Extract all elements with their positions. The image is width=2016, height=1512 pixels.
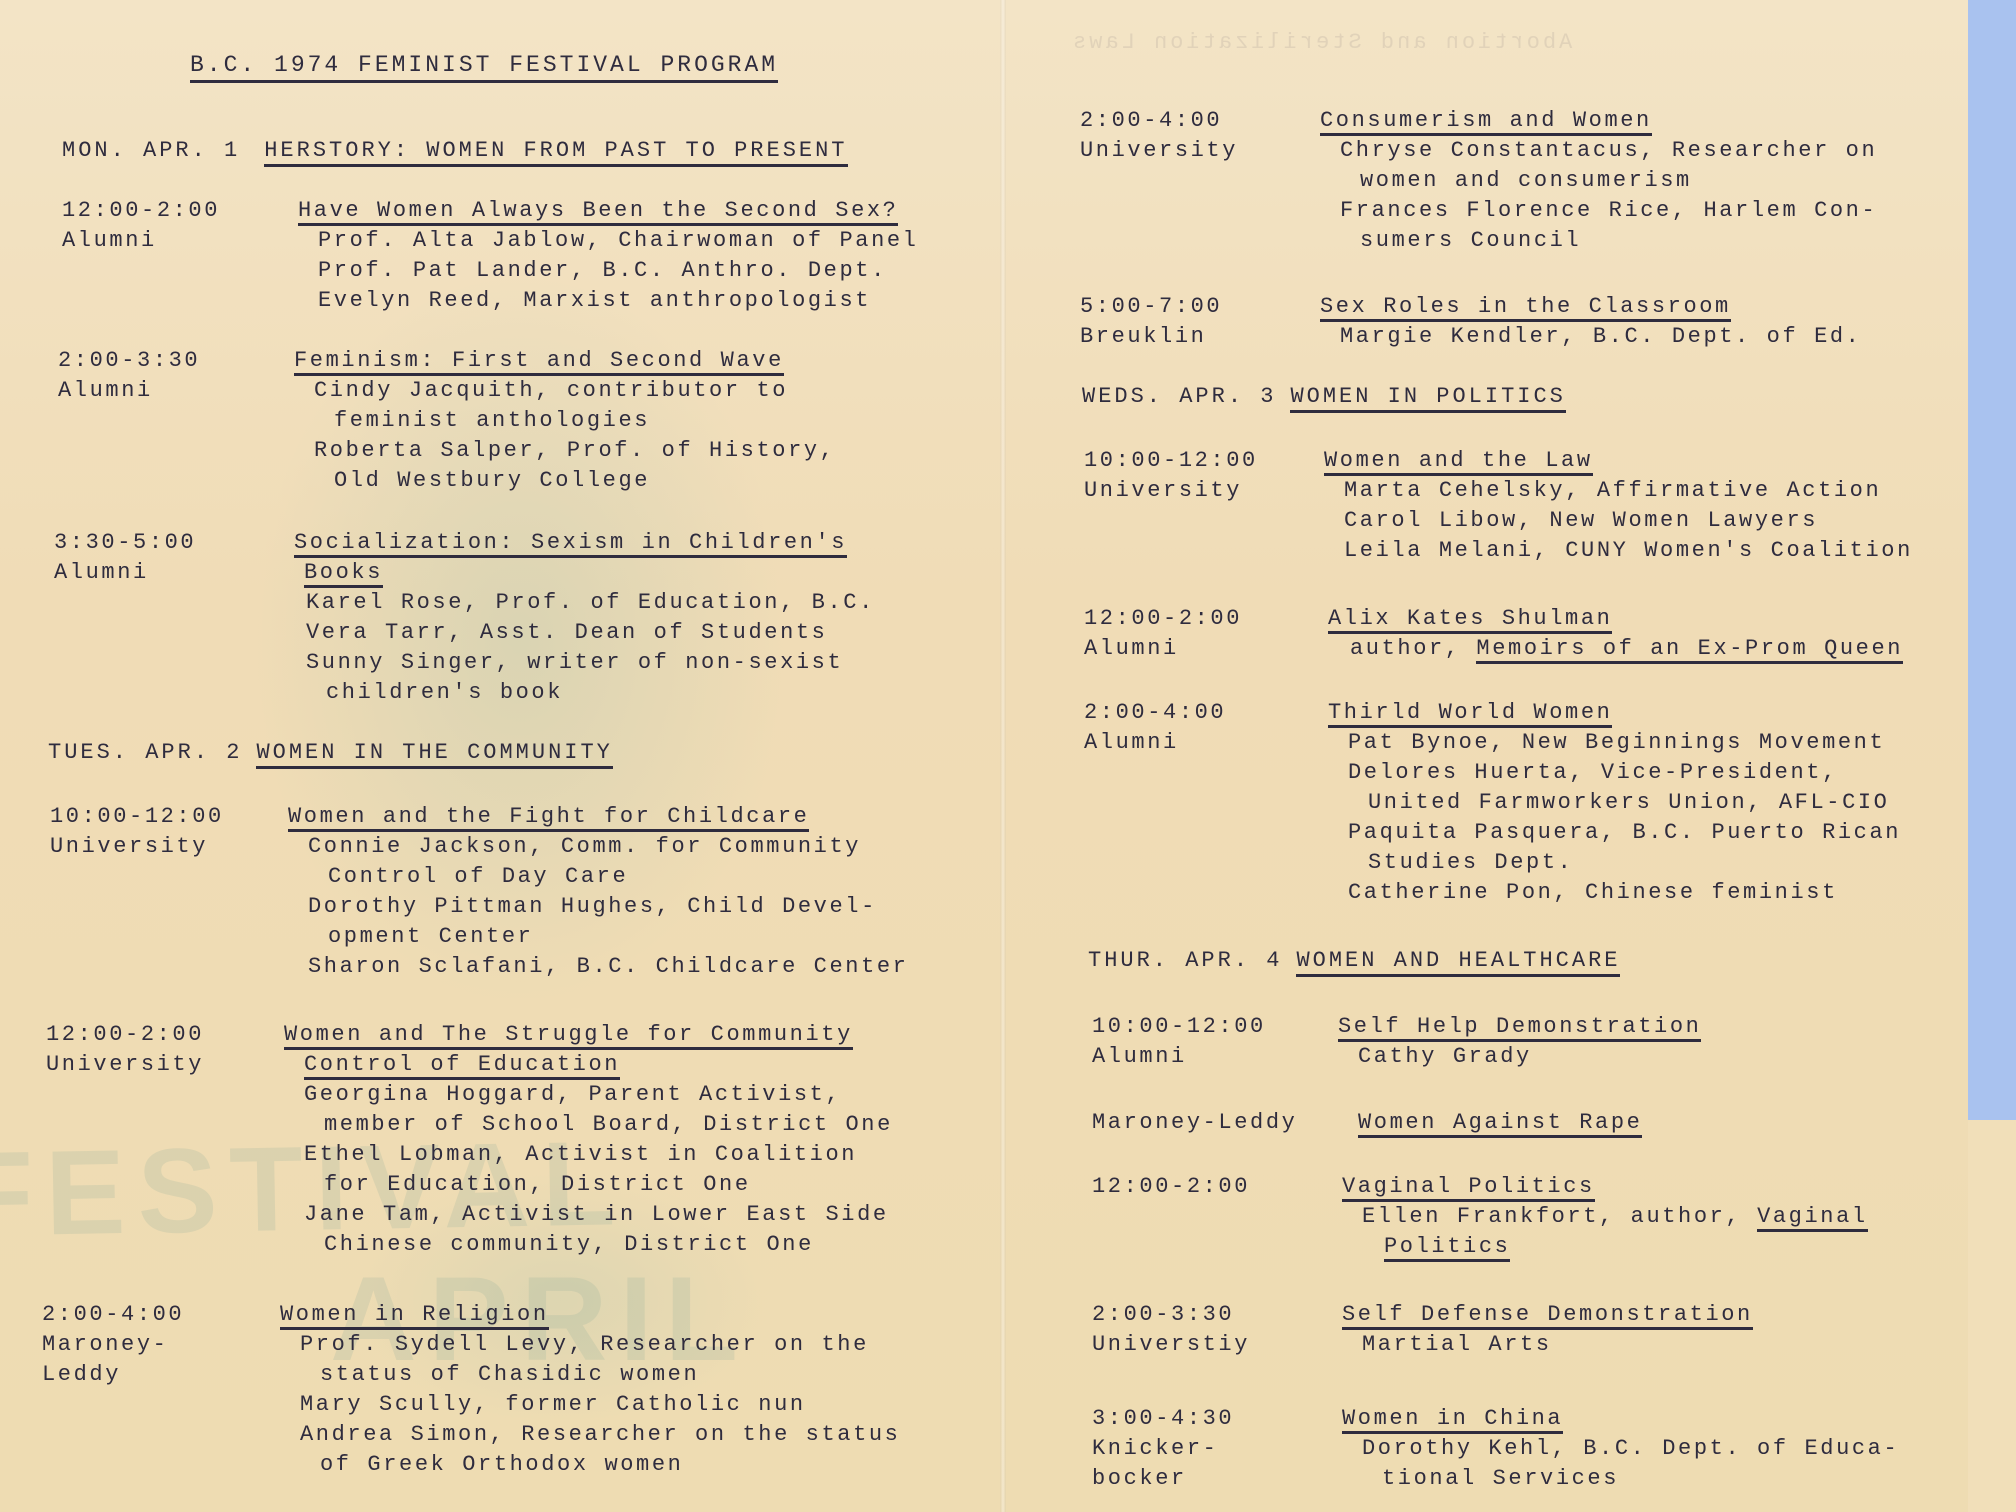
- session-time: 12:00-2:00: [46, 1020, 276, 1050]
- speaker-line-continued: Control of Day Care: [288, 862, 1048, 892]
- speaker-line: Pat Bynoe, New Beginnings Movement: [1328, 728, 2016, 758]
- session-topic: Women and the Fight for Childcare: [288, 804, 809, 832]
- speaker-line-continued: feminist anthologies: [294, 406, 1054, 436]
- session-time: 2:00-3:30: [58, 346, 288, 376]
- session-time: 12:00-2:00: [1092, 1172, 1322, 1202]
- day-header-tues: TUES. APR. 2WOMEN IN THE COMMUNITY: [48, 740, 613, 765]
- speaker-line-continued: opment Center: [288, 922, 1048, 952]
- session-time: 2:00-3:30: [1092, 1300, 1322, 1330]
- speaker-line: Marta Cehelsky, Affirmative Action: [1324, 476, 2016, 506]
- session-topic: Thirld World Women: [1328, 700, 1612, 728]
- book-title: Vaginal: [1757, 1204, 1868, 1232]
- speaker-line: Mary Scully, former Catholic nun: [280, 1390, 1040, 1420]
- session-location-continued: bocker: [1092, 1464, 1322, 1494]
- day-label: MON. APR. 1: [62, 138, 240, 163]
- speaker-role: Ellen Frankfort, author,: [1362, 1204, 1757, 1229]
- session-time: 10:00-12:00: [1092, 1012, 1322, 1042]
- speaker-line: Frances Florence Rice, Harlem Con-: [1320, 196, 2016, 226]
- speaker-line: Ethel Lobman, Activist in Coalition: [284, 1140, 1044, 1170]
- speaker-line: Cindy Jacquith, contributor to: [294, 376, 1054, 406]
- session-location: Alumni: [1084, 634, 1314, 664]
- session-topic: Have Women Always Been the Second Sex?: [298, 198, 898, 226]
- session-location: Universtiy: [1092, 1330, 1322, 1360]
- show-through-text: Abortion and Sterilization Laws: [1070, 30, 1572, 55]
- speaker-line: Leila Melani, CUNY Women's Coalition: [1324, 536, 2016, 566]
- session-topic: Socialization: Sexism in Children's: [294, 530, 847, 558]
- speaker-line-continued: Chinese community, District One: [284, 1230, 1044, 1260]
- page-title: B.C. 1974 FEMINIST FESTIVAL PROGRAM: [190, 52, 778, 83]
- session-location: Alumni: [62, 226, 292, 256]
- speaker-line: Dorothy Pittman Hughes, Child Devel-: [288, 892, 1048, 922]
- speaker-line: author, Memoirs of an Ex-Prom Queen: [1328, 634, 2016, 664]
- speaker-line: Dorothy Kehl, B.C. Dept. of Educa-: [1342, 1434, 2016, 1464]
- speaker-line: Prof. Alta Jablow, Chairwoman of Panel: [298, 226, 1058, 256]
- day-label: WEDS. APR. 3: [1082, 384, 1276, 409]
- session-time: 10:00-12:00: [50, 802, 280, 832]
- book-title-continued: Politics: [1384, 1234, 1510, 1262]
- speaker-line-continued: for Education, District One: [284, 1170, 1044, 1200]
- speaker-line: Paquita Pasquera, B.C. Puerto Rican: [1328, 818, 2016, 848]
- session-topic-continued: Control of Education: [304, 1052, 620, 1080]
- session-topic: Consumerism and Women: [1320, 108, 1652, 136]
- day-header-weds: WEDS. APR. 3WOMEN IN POLITICS: [1082, 384, 1566, 409]
- day-header-mon: MON. APR. 1HERSTORY: WOMEN FROM PAST TO …: [62, 138, 848, 163]
- session-time: 5:00-7:00: [1080, 292, 1310, 322]
- session-topic: Feminism: First and Second Wave: [294, 348, 784, 376]
- day-theme: WOMEN IN THE COMMUNITY: [256, 740, 612, 769]
- session-topic: Sex Roles in the Classroom: [1320, 294, 1731, 322]
- speaker-line-continued: status of Chasidic women: [280, 1360, 1040, 1390]
- session-location: Maroney-: [42, 1330, 272, 1360]
- session-location: Maroney-Leddy: [1092, 1108, 1352, 1138]
- session-time: 3:30-5:00: [54, 528, 284, 558]
- session-location: University: [1084, 476, 1314, 506]
- speaker-line-continued: tional Services: [1342, 1464, 2016, 1494]
- session-time: 12:00-2:00: [1084, 604, 1314, 634]
- speaker-line: Margie Kendler, B.C. Dept. of Ed.: [1320, 322, 2016, 352]
- session-topic: Women and the Law: [1324, 448, 1593, 476]
- speaker-line: Martial Arts: [1342, 1330, 2016, 1360]
- session-topic: Women in Religion: [280, 1302, 549, 1330]
- session-time: 10:00-12:00: [1084, 446, 1314, 476]
- session-location: Alumni: [58, 376, 288, 406]
- speaker-line-continued: member of School Board, District One: [284, 1110, 1044, 1140]
- speaker-line-continued: of Greek Orthodox women: [280, 1450, 1040, 1480]
- speaker-line-continued: children's book: [294, 678, 1054, 708]
- session-topic: Women in China: [1342, 1406, 1563, 1434]
- speaker-line: Catherine Pon, Chinese feminist: [1328, 878, 2016, 908]
- speaker-line: Roberta Salper, Prof. of History,: [294, 436, 1054, 466]
- speaker-line: Jane Tam, Activist in Lower East Side: [284, 1200, 1044, 1230]
- speaker-line: Sunny Singer, writer of non-sexist: [294, 648, 1054, 678]
- session-location: University: [46, 1050, 276, 1080]
- speaker-line: Cathy Grady: [1338, 1042, 2016, 1072]
- day-label: THUR. APR. 4: [1088, 948, 1282, 973]
- session-topic: Self Defense Demonstration: [1342, 1302, 1753, 1330]
- session-location: Knicker-: [1092, 1434, 1322, 1464]
- speaker-line-continued: women and consumerism: [1320, 166, 2016, 196]
- speaker-line: Evelyn Reed, Marxist anthropologist: [298, 286, 1058, 316]
- day-theme: HERSTORY: WOMEN FROM PAST TO PRESENT: [264, 138, 847, 167]
- speaker-line-continued: United Farmworkers Union, AFL-CIO: [1328, 788, 2016, 818]
- speaker-line-continued: Old Westbury College: [294, 466, 1054, 496]
- session-topic: Women Against Rape: [1358, 1110, 1642, 1138]
- speaker-line: Andrea Simon, Researcher on the status: [280, 1420, 1040, 1450]
- speaker-line: Ellen Frankfort, author, Vaginal: [1342, 1202, 2016, 1232]
- speaker-line: Georgina Hoggard, Parent Activist,: [284, 1080, 1044, 1110]
- speaker-line: Connie Jackson, Comm. for Community: [288, 832, 1048, 862]
- session-location: Alumni: [1084, 728, 1314, 758]
- session-topic: Vaginal Politics: [1342, 1174, 1595, 1202]
- session-topic-continued: Books: [304, 560, 383, 588]
- session-topic: Women and The Struggle for Community: [284, 1022, 853, 1050]
- session-time: 2:00-4:00: [42, 1300, 272, 1330]
- speaker-line: Sharon Sclafani, B.C. Childcare Center: [288, 952, 1048, 982]
- session-location: Alumni: [1092, 1042, 1322, 1072]
- speaker-line-continued: Studies Dept.: [1328, 848, 2016, 878]
- speaker-line: Delores Huerta, Vice-President,: [1328, 758, 2016, 788]
- day-header-thur: THUR. APR. 4WOMEN AND HEALTHCARE: [1088, 948, 1620, 973]
- session-location: Alumni: [54, 558, 284, 588]
- day-label: TUES. APR. 2: [48, 740, 242, 765]
- session-location: University: [50, 832, 280, 862]
- speaker-line: Vera Tarr, Asst. Dean of Students: [294, 618, 1054, 648]
- session-location-continued: Leddy: [42, 1360, 272, 1390]
- session-time: 2:00-4:00: [1084, 698, 1314, 728]
- speaker-line: Prof. Sydell Levy, Researcher on the: [280, 1330, 1040, 1360]
- session-topic: Self Help Demonstration: [1338, 1014, 1701, 1042]
- speaker-line: Chryse Constantacus, Researcher on: [1320, 136, 2016, 166]
- speaker-line: Prof. Pat Lander, B.C. Anthro. Dept.: [298, 256, 1058, 286]
- speaker-line-continued: sumers Council: [1320, 226, 2016, 256]
- speaker-line: Carol Libow, New Women Lawyers: [1324, 506, 2016, 536]
- book-title: Memoirs of an Ex-Prom Queen: [1476, 636, 1903, 664]
- speaker-role: author,: [1350, 636, 1476, 661]
- speaker-line: Karel Rose, Prof. of Education, B.C.: [294, 588, 1054, 618]
- session-time: 12:00-2:00: [62, 196, 292, 226]
- session-topic: Alix Kates Shulman: [1328, 606, 1612, 634]
- day-theme: WOMEN AND HEALTHCARE: [1296, 948, 1620, 977]
- session-time: 2:00-4:00: [1080, 106, 1310, 136]
- session-time: 3:00-4:30: [1092, 1404, 1322, 1434]
- session-location: Breuklin: [1080, 322, 1310, 352]
- day-theme: WOMEN IN POLITICS: [1290, 384, 1565, 413]
- session-location: University: [1080, 136, 1310, 166]
